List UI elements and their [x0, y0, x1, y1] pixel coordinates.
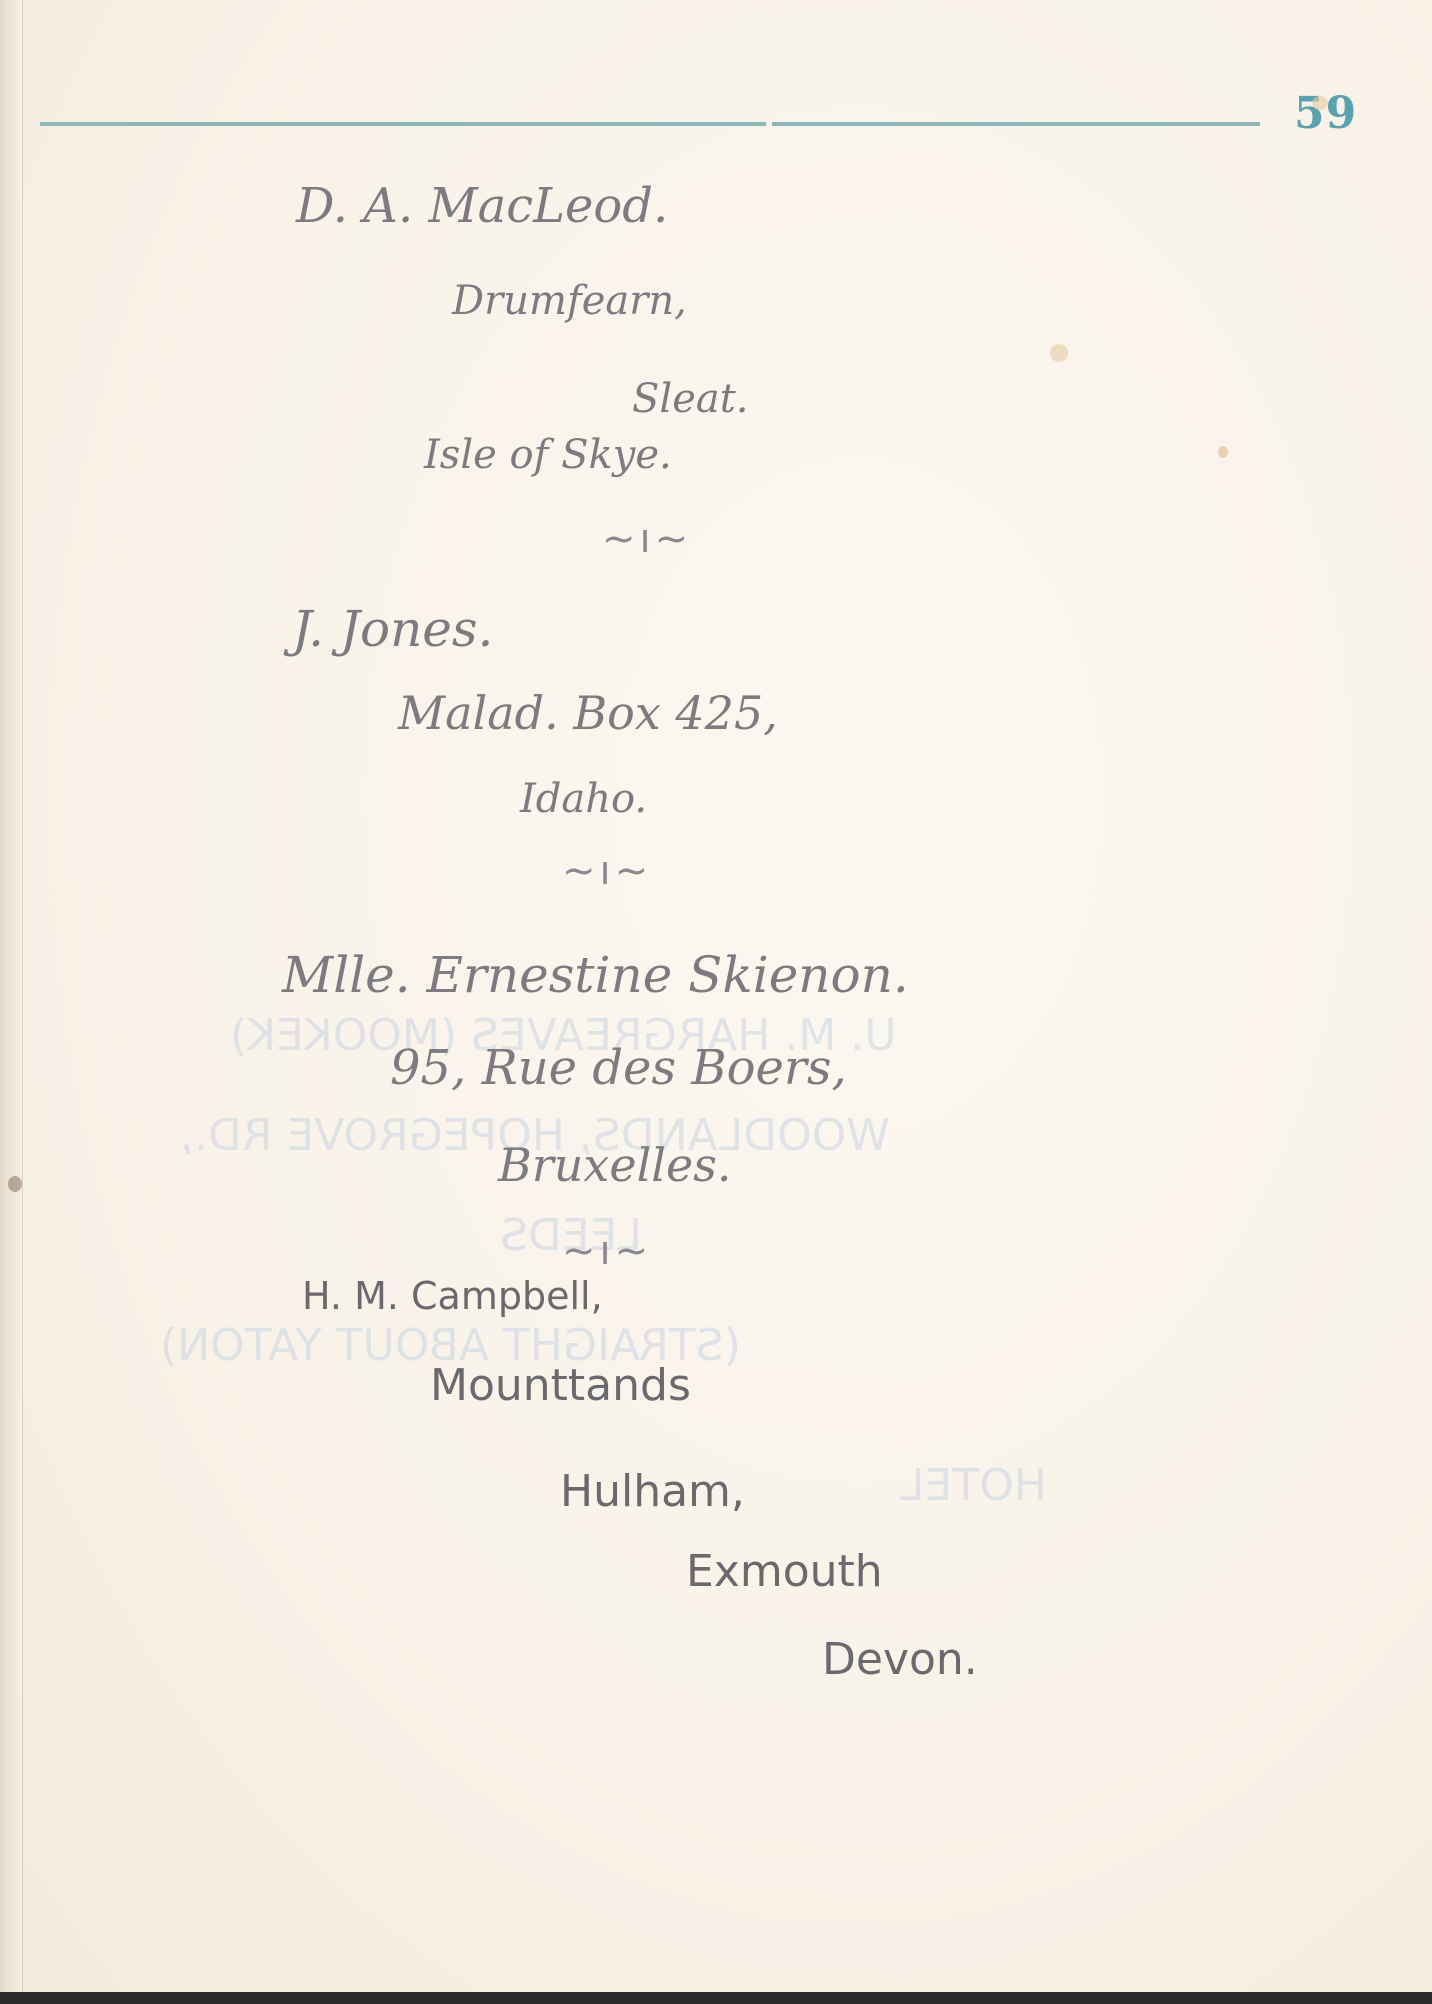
bleed-through-line: HOTEL	[900, 1460, 1047, 1511]
entry-address-line: Hulham,	[560, 1466, 745, 1517]
entry-name: D. A. MacLeod.	[296, 178, 668, 234]
separator-flourish: ~ı~	[562, 848, 652, 894]
entry-address-line: Exmouth	[686, 1546, 883, 1597]
page-spine	[0, 0, 23, 1992]
entry-address-line: Isle of Skye.	[424, 432, 672, 478]
stain	[1050, 344, 1068, 362]
separator-flourish: ~ı~	[602, 516, 692, 562]
stain	[1312, 96, 1328, 110]
entry-name: H. M. Campbell,	[302, 1274, 603, 1318]
stain	[8, 1176, 22, 1192]
stain	[1218, 446, 1228, 458]
entry-address-line: Devon.	[822, 1634, 978, 1685]
entry-address-line: 95, Rue des Boers,	[390, 1040, 847, 1096]
header-rule-right	[772, 122, 1260, 126]
page-number: 59	[1294, 88, 1357, 139]
entry-address-line: Malad. Box 425,	[398, 686, 778, 740]
entry-address-line: Mounttands	[430, 1360, 691, 1411]
entry-address-line: Sleat.	[632, 376, 749, 422]
notebook-page: 59 U. M. HARGREAVES (MOOKEK) WOODLANDS, …	[0, 0, 1432, 1992]
entry-name: Mlle. Ernestine Skienon.	[282, 946, 909, 1004]
entry-name: J. Jones.	[292, 600, 493, 658]
entry-address-line: Drumfearn,	[452, 278, 687, 324]
header-rule-left	[40, 122, 766, 126]
entry-address-line: Bruxelles.	[498, 1138, 731, 1192]
entry-address-line: Idaho.	[520, 776, 647, 822]
separator-flourish: ~ı~	[562, 1228, 652, 1274]
